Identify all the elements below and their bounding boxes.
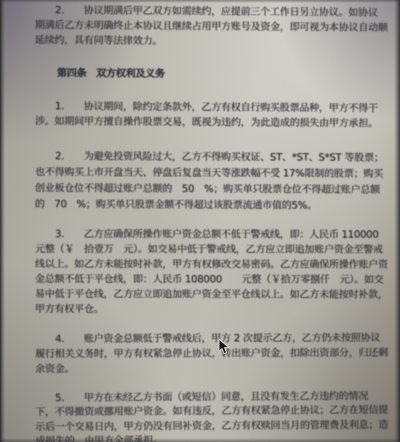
text-line: 4. 账户资金总额低于警戒线后，甲方 2 次提示乙方，乙方仍未按照协议: [35, 331, 397, 347]
text-line: 创业板仓位不得超过账户总额的 50 %；购买单只股票仓位不得超过账户总额: [35, 181, 397, 199]
text-line: 也不得购买上市开盘当天、停盘后复盘当天等涨跌幅不受 17%限制的股票；购买: [35, 165, 397, 183]
text-line: 示后一个交易日内，甲方仍没有回补资金，乙方有权赎回当月的管理费及利息；造: [35, 419, 397, 436]
text-line: 延续约，具有同等法律效力。: [35, 33, 397, 51]
text-line: 元整（￥ 拾壹万 元）。如交易中低于警戒线，乙方应立即追加账户资金至警戒: [35, 242, 397, 258]
text-line: 甲方有权平仓。: [35, 302, 397, 318]
arrow-pointer-icon: [218, 338, 230, 355]
text-line: 2. 为避免投资风险过大，乙方不得购买权证、ST、*ST、S*ST 等股票；: [35, 149, 397, 167]
document-photo: 2. 协议期满后甲乙双方如需续约，应提前三个工作日另立协议。如协议 期满后乙方未…: [0, 0, 400, 442]
text-line: 3. 乙方应确保所操作账户资金总额不低于警戒线，即：人民币 110000: [35, 227, 397, 243]
text-line: 金总额不低于平仓线，即：人民币 108000 元整（￥拾万零捌仟 元）。如交: [35, 272, 397, 288]
paragraph-renewal-clause: 2. 协议期满后甲乙双方如需续约，应提前三个工作日另立协议。如协议 期满后乙方未…: [35, 3, 397, 51]
text-line: 的 70 %；购买单只股票金额不得超过该股票流通市值的5%。: [35, 197, 397, 215]
text-line: 余资金。: [35, 361, 397, 377]
photo-top-edge: [0, 0, 400, 3]
photo-bottom-edge: [0, 438, 400, 442]
photo-right-edge: [394, 0, 400, 442]
text-line: 涉。如期间甲方擅自操作股票交易，既视为违约，为此造成的损失由甲方承担。: [35, 114, 397, 132]
text-line: 易中低于平仓线，乙方应立即追加账户资金至平仓线以上。如乙方未能按时补款，: [35, 287, 397, 303]
paragraph-clause-5: 5. 甲方在未经乙方书面（或短信）同意，且没有发生乙方违约的情况 下，不得撤资或…: [35, 390, 397, 442]
paragraph-clause-3: 3. 乙方应确保所操作账户资金总额不低于警戒线，即：人民币 110000 元整（…: [35, 227, 397, 318]
paragraph-clause-1: 1. 协议期间，除约定条款外，乙方有权自行购买股票品种，甲方不得干 涉。如期间甲…: [35, 99, 397, 132]
section-heading: 第四条 双方权利及义务: [57, 64, 400, 82]
paragraph-clause-4: 4. 账户资金总额低于警戒线后，甲方 2 次提示乙方，乙方仍未按照协议 履行相关…: [35, 331, 397, 377]
document-text: 2. 协议期满后甲乙双方如需续约，应提前三个工作日另立协议。如协议 期满后乙方未…: [0, 0, 400, 442]
text-line: 线以上。如乙方未能按时补款，甲方有权修改交易密码。乙方应确保所操作账户资: [35, 257, 397, 273]
photo-left-edge: [0, 0, 5, 442]
text-line: 履行相关义务时，甲方有权紧急停止协议，转出账户资金，扣除出资部分，归还剩: [35, 346, 397, 362]
paragraph-clause-2: 2. 为避免投资风险过大，乙方不得购买权证、ST、*ST、S*ST 等股票； 也…: [35, 149, 397, 215]
